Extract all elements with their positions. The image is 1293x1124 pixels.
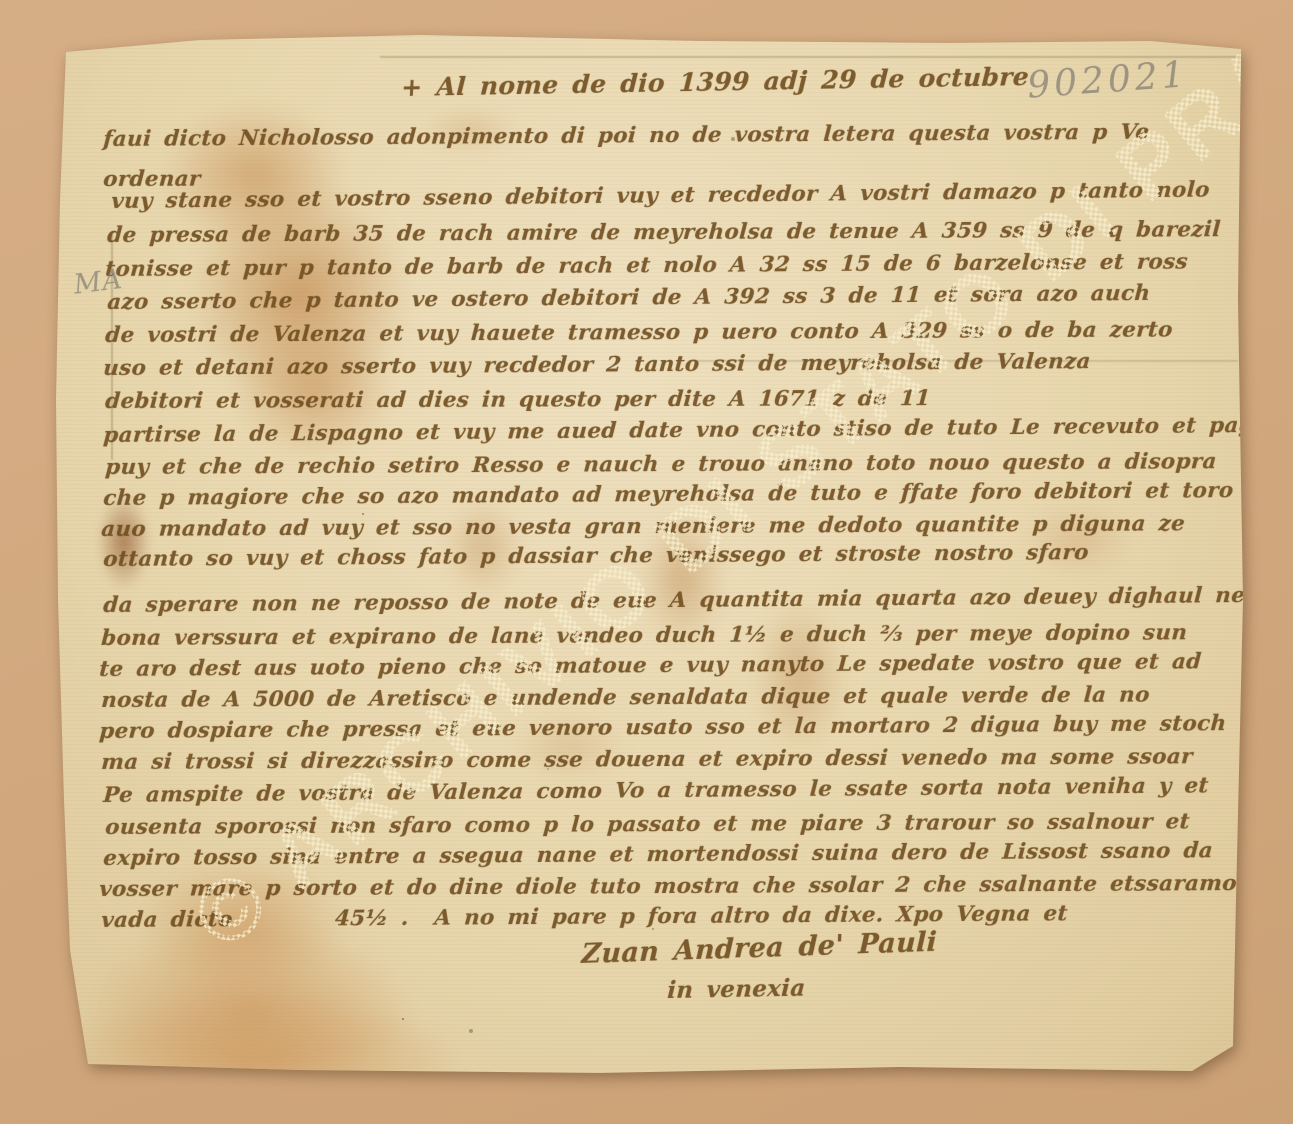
- body-line: ottanto so vuy et choss fato p dassiar c…: [103, 541, 1090, 572]
- body-line: uso et detani azo sserto vuy recdedor 2 …: [103, 350, 1092, 381]
- body-line: vuy stane sso et vostro sseno debitori v…: [111, 178, 1211, 213]
- scan-background: + Al nome de dio 1399 adj 29 de octubref…: [0, 0, 1293, 1124]
- body-line: azo sserto che p tanto ve ostero debitor…: [107, 282, 1151, 315]
- body-line: vosser mare p sorto et do dine diole tut…: [98, 872, 1237, 902]
- body-line: partirse la de Lispagno et vuy me aued d…: [103, 414, 1293, 448]
- body-line: te aro dest aus uoto pieno che so matoue…: [99, 650, 1203, 681]
- body-line: auo mandato ad vuy et sso no vesta gran …: [100, 512, 1185, 541]
- body-line: expiro tosso sina entre a ssegua nane et…: [103, 839, 1214, 870]
- body-line: che p magiore che so azo mandato ad meyr…: [103, 479, 1235, 511]
- body-line: debitori et vosserati ad dies in questo …: [104, 387, 931, 414]
- body-line: faui dicto Nicholosso adonpimento di poi…: [103, 121, 1151, 152]
- margin-note-annotation: MA: [72, 264, 125, 301]
- body-line: puy et che de rechio setiro Resso e nauc…: [104, 450, 1217, 479]
- body-line: bona verssura et expirano de lane vendeo…: [100, 621, 1188, 650]
- body-line: ousenta sporossi non sfaro como p lo pas…: [104, 810, 1190, 839]
- signature-name-line: Zuan Andrea de' Pauli: [581, 928, 938, 970]
- body-line: tonisse et pur p tanto de barb de rach e…: [105, 250, 1189, 281]
- body-line: Pe amspite de vostra de Valenza como Vo …: [103, 774, 1210, 807]
- handwriting-layer: + Al nome de dio 1399 adj 29 de octubref…: [0, 0, 1293, 1124]
- body-line: ma si trossi si direzzassino come sse do…: [100, 745, 1193, 774]
- body-line: pero dospiare che pressa et eue venoro u…: [99, 712, 1228, 744]
- body-line: da sperare non ne reposso de note de eue…: [103, 584, 1246, 618]
- signature-place-line: in venexia: [667, 976, 806, 1004]
- body-line: de pressa de barb 35 de rach amire de me…: [106, 218, 1221, 247]
- heading-line: + Al nome de dio 1399 adj 29 de octubre: [401, 63, 1030, 101]
- letter-paper-shadow: + Al nome de dio 1399 adj 29 de octubref…: [0, 0, 1293, 1124]
- letter-paper: + Al nome de dio 1399 adj 29 de octubref…: [0, 0, 1293, 1124]
- body-line: nosta de A 5000 de Aretisco e undende se…: [100, 684, 1150, 713]
- body-line: de vostri de Valenza et vuy hauete trame…: [104, 318, 1173, 347]
